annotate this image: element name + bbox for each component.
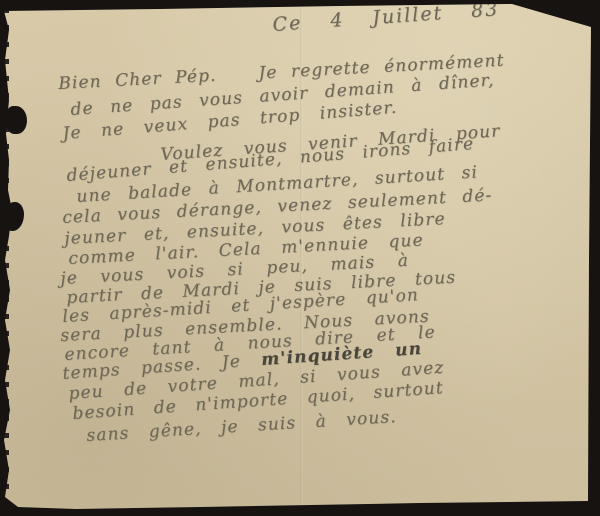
letter-greeting: Bien Cher Pép.	[58, 66, 217, 94]
letter-paper: Ce 4 Juillet 83 Bien Cher Pép.Je regrett…	[0, 0, 600, 516]
torn-edge-notch-upper	[6, 106, 27, 134]
letter-photograph: Ce 4 Juillet 83 Bien Cher Pép.Je regrett…	[0, 0, 600, 516]
letter-date: Ce 4 Juillet 83	[272, 0, 500, 35]
torn-edge-perforations	[0, 8, 9, 508]
